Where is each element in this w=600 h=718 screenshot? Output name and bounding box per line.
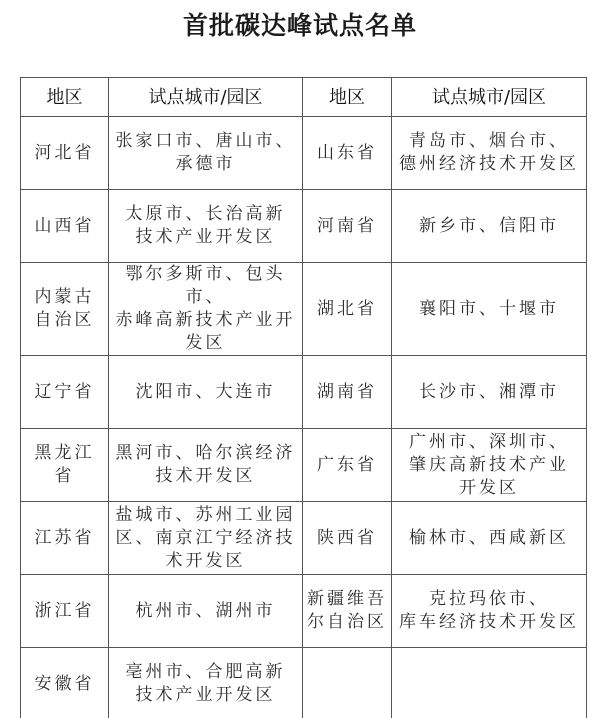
header-cities-left: 试点城市/园区 — [109, 78, 303, 117]
cities-cell: 太原市、长治高新 技术产业开发区 — [109, 190, 303, 263]
region-cell: 湖北省 — [303, 263, 392, 356]
cities-cell: 沈阳市、大连市 — [109, 356, 303, 429]
region-cell: 山西省 — [21, 190, 109, 263]
cities-cell: 榆林市、西咸新区 — [392, 502, 587, 575]
table-row: 山西省 太原市、长治高新 技术产业开发区 河南省 新乡市、信阳市 — [21, 190, 587, 263]
empty-cell — [303, 648, 392, 718]
pilot-list-table: 地区 试点城市/园区 地区 试点城市/园区 河北省 张家口市、唐山市、 承德市 … — [20, 77, 587, 718]
region-cell: 广东省 — [303, 429, 392, 502]
page-title: 首批碳达峰试点名单 — [0, 6, 600, 42]
table-row: 辽宁省 沈阳市、大连市 湖南省 长沙市、湘潭市 — [21, 356, 587, 429]
region-cell: 内蒙古 自治区 — [21, 263, 109, 356]
table-row: 内蒙古 自治区 鄂尔多斯市、包头市、 赤峰高新技术产业开 发区 湖北省 襄阳市、… — [21, 263, 587, 356]
empty-cell — [392, 648, 587, 718]
region-cell: 江苏省 — [21, 502, 109, 575]
table-row: 安徽省 亳州市、合肥高新 技术产业开发区 — [21, 648, 587, 718]
table-row: 江苏省 盐城市、苏州工业园 区、南京江宁经济技 术开发区 陕西省 榆林市、西咸新… — [21, 502, 587, 575]
cities-cell: 新乡市、信阳市 — [392, 190, 587, 263]
cities-cell: 襄阳市、十堰市 — [392, 263, 587, 356]
region-cell: 湖南省 — [303, 356, 392, 429]
region-cell: 河北省 — [21, 117, 109, 190]
region-cell: 黑龙江省 — [21, 429, 109, 502]
region-cell: 陕西省 — [303, 502, 392, 575]
cities-cell: 盐城市、苏州工业园 区、南京江宁经济技 术开发区 — [109, 502, 303, 575]
cities-cell: 青岛市、烟台市、 德州经济技术开发区 — [392, 117, 587, 190]
cities-cell: 克拉玛依市、 库车经济技术开发区 — [392, 575, 587, 648]
header-region-left: 地区 — [21, 78, 109, 117]
region-cell: 浙江省 — [21, 575, 109, 648]
cities-cell: 亳州市、合肥高新 技术产业开发区 — [109, 648, 303, 718]
cities-cell: 鄂尔多斯市、包头市、 赤峰高新技术产业开 发区 — [109, 263, 303, 356]
table-row: 河北省 张家口市、唐山市、 承德市 山东省 青岛市、烟台市、 德州经济技术开发区 — [21, 117, 587, 190]
table-row: 黑龙江省 黑河市、哈尔滨经济 技术开发区 广东省 广州市、深圳市、 肇庆高新技术… — [21, 429, 587, 502]
cities-cell: 黑河市、哈尔滨经济 技术开发区 — [109, 429, 303, 502]
region-cell: 山东省 — [303, 117, 392, 190]
table-header-row: 地区 试点城市/园区 地区 试点城市/园区 — [21, 78, 587, 117]
region-cell: 新疆维吾 尔自治区 — [303, 575, 392, 648]
region-cell: 安徽省 — [21, 648, 109, 718]
cities-cell: 张家口市、唐山市、 承德市 — [109, 117, 303, 190]
cities-cell: 广州市、深圳市、 肇庆高新技术产业 开发区 — [392, 429, 587, 502]
header-cities-right: 试点城市/园区 — [392, 78, 587, 117]
cities-cell: 杭州市、湖州市 — [109, 575, 303, 648]
region-cell: 河南省 — [303, 190, 392, 263]
cities-cell: 长沙市、湘潭市 — [392, 356, 587, 429]
header-region-right: 地区 — [303, 78, 392, 117]
table-row: 浙江省 杭州市、湖州市 新疆维吾 尔自治区 克拉玛依市、 库车经济技术开发区 — [21, 575, 587, 648]
region-cell: 辽宁省 — [21, 356, 109, 429]
